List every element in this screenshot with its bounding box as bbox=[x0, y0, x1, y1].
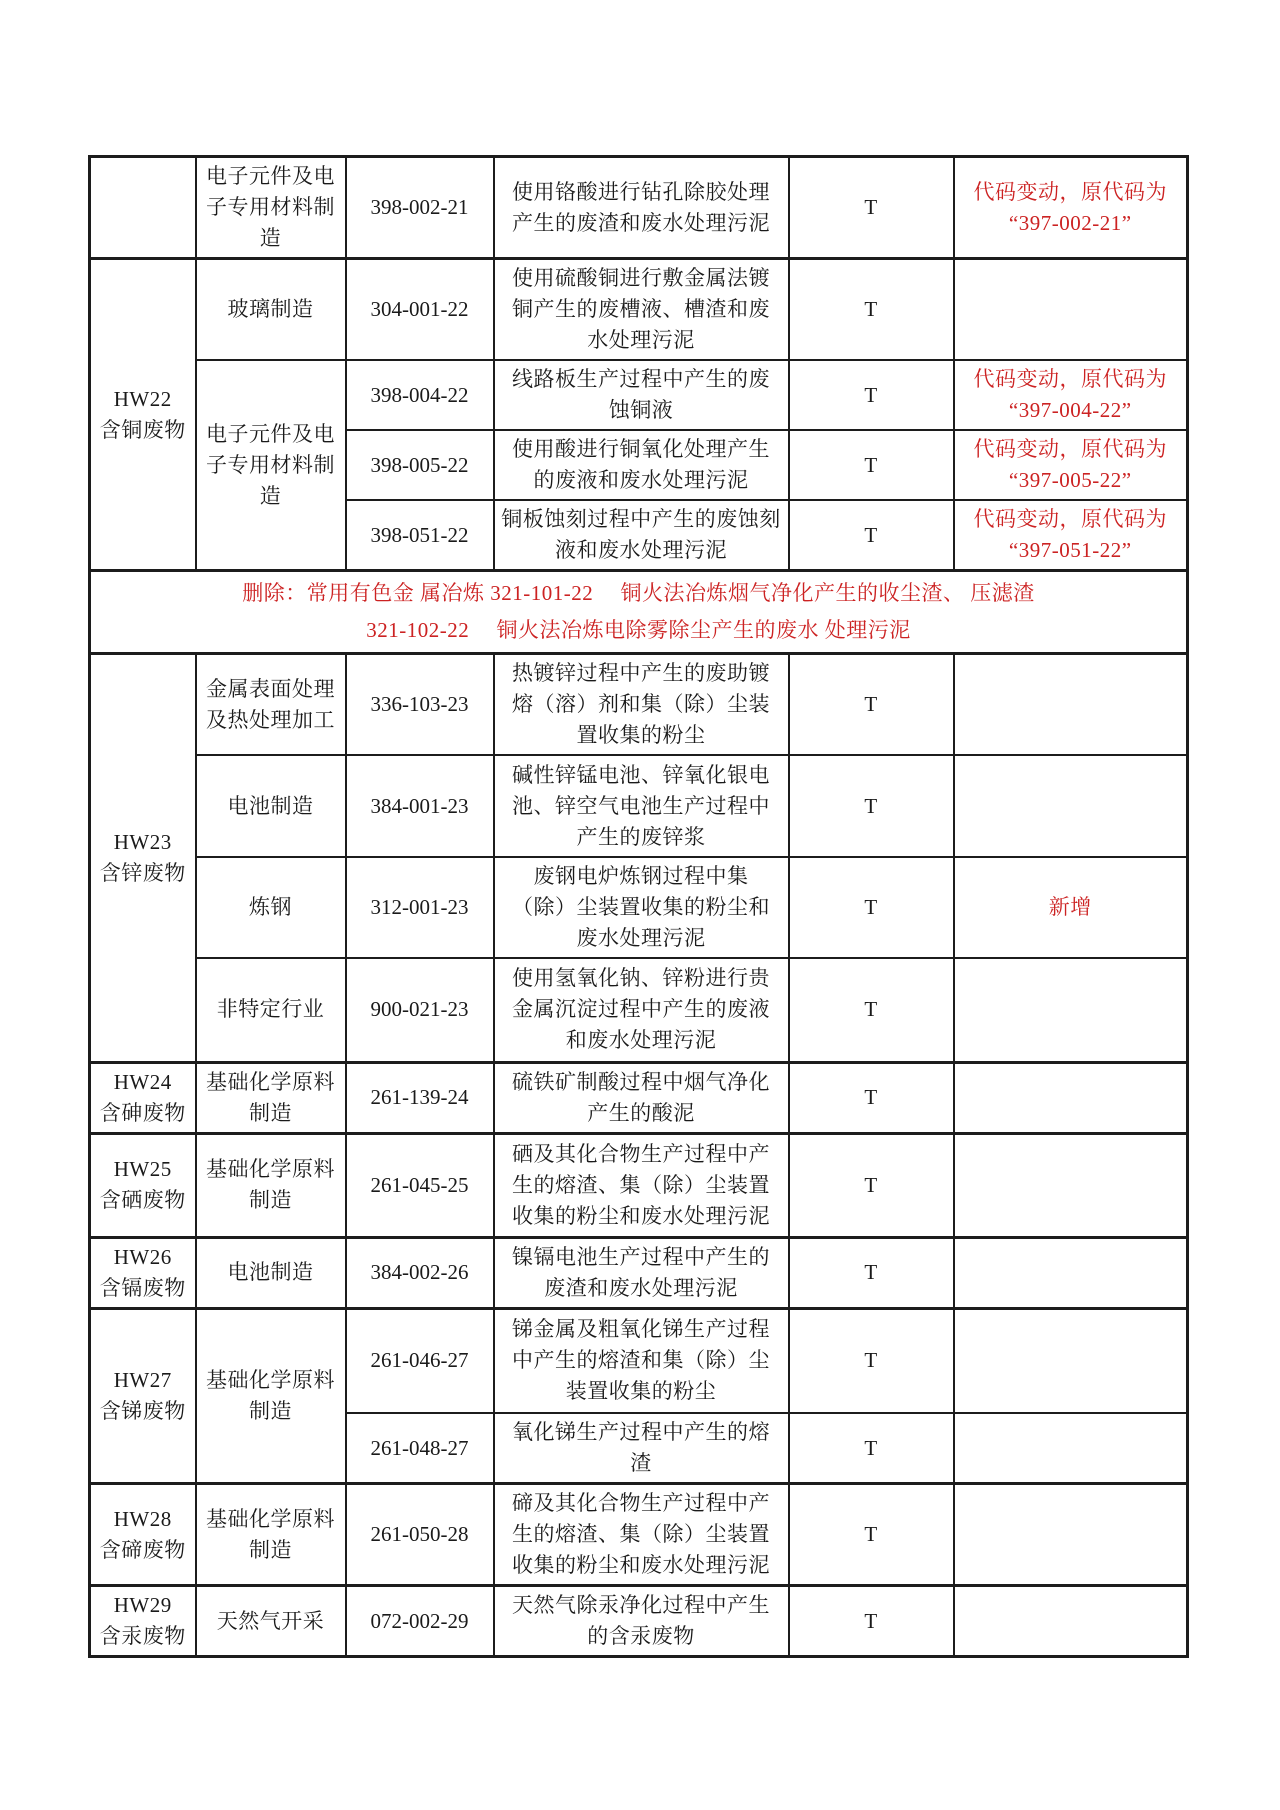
remark-text: 代码变动，原代码为 “397-051-22” bbox=[974, 507, 1168, 562]
remark-cell: 代码变动，原代码为 “397-005-22” bbox=[954, 430, 1188, 500]
hazard-cell: T bbox=[789, 360, 954, 430]
description-text: 线路板生产过程中产生的废 蚀铜液 bbox=[512, 367, 770, 422]
industry-cell: 电子元件及电 子专用材料制 造 bbox=[196, 360, 346, 571]
remark-cell bbox=[954, 259, 1188, 361]
hazard-cell: T bbox=[789, 1133, 954, 1237]
description-cell: 使用氢氧化钠、锌粉进行贵 金属沉淀过程中产生的废液 和废水处理污泥 bbox=[494, 958, 789, 1062]
table-row: HW28 含碲废物 基础化学原料 制造 261-050-28 碲及其化合物生产过… bbox=[90, 1484, 1188, 1586]
description-text: 热镀锌过程中产生的废助镀 熔（溶）剂和集（除）尘装 置收集的粉尘 bbox=[512, 661, 770, 747]
remark-cell bbox=[954, 1237, 1188, 1308]
table-row: 电子元件及电 子专用材料制 造 398-002-21 使用铬酸进行钻孔除胶处理 … bbox=[90, 157, 1188, 259]
waste-code-cell: 398-004-22 bbox=[346, 360, 494, 430]
industry-cell: 基础化学原料 制造 bbox=[196, 1062, 346, 1133]
hazard-cell: T bbox=[789, 259, 954, 361]
description-cell: 氧化锑生产过程中产生的熔 渣 bbox=[494, 1413, 789, 1484]
hazard-cell: T bbox=[789, 157, 954, 259]
industry-label: 非特定行业 bbox=[217, 997, 325, 1021]
industry-label: 基础化学原料 制造 bbox=[206, 1507, 335, 1562]
waste-code-cell: 304-001-22 bbox=[346, 259, 494, 361]
hazard-cell: T bbox=[789, 755, 954, 857]
industry-cell: 电池制造 bbox=[196, 1237, 346, 1308]
category-cell: HW28 含碲废物 bbox=[90, 1484, 196, 1586]
industry-cell: 基础化学原料 制造 bbox=[196, 1308, 346, 1484]
description-cell: 碲及其化合物生产过程中产 生的熔渣、集（除）尘装置 收集的粉尘和废水处理污泥 bbox=[494, 1484, 789, 1586]
table-row: 非特定行业 900-021-23 使用氢氧化钠、锌粉进行贵 金属沉淀过程中产生的… bbox=[90, 958, 1188, 1062]
waste-code-cell: 261-045-25 bbox=[346, 1133, 494, 1237]
industry-cell: 基础化学原料 制造 bbox=[196, 1484, 346, 1586]
industry-label: 天然气开采 bbox=[217, 1609, 325, 1633]
category-label: HW26 含镉废物 bbox=[100, 1245, 186, 1300]
description-text: 锑金属及粗氧化锑生产过程 中产生的熔渣和集（除）尘 装置收集的粉尘 bbox=[512, 1317, 770, 1403]
category-label: HW25 含硒废物 bbox=[100, 1157, 186, 1212]
hazard-cell: T bbox=[789, 500, 954, 571]
remark-cell bbox=[954, 1062, 1188, 1133]
description-text: 废钢电炉炼钢过程中集 （除）尘装置收集的粉尘和 废水处理污泥 bbox=[512, 864, 770, 950]
industry-cell: 天然气开采 bbox=[196, 1586, 346, 1657]
industry-label: 电池制造 bbox=[228, 794, 314, 818]
industry-cell: 玻璃制造 bbox=[196, 259, 346, 361]
remark-cell: 新增 bbox=[954, 857, 1188, 958]
document-page: 电子元件及电 子专用材料制 造 398-002-21 使用铬酸进行钻孔除胶处理 … bbox=[0, 0, 1280, 1810]
industry-cell: 炼钢 bbox=[196, 857, 346, 958]
waste-code-cell: 261-046-27 bbox=[346, 1308, 494, 1413]
waste-code-cell: 261-048-27 bbox=[346, 1413, 494, 1484]
description-text: 使用酸进行铜氧化处理产生 的废液和废水处理污泥 bbox=[512, 437, 770, 492]
waste-code-cell: 384-001-23 bbox=[346, 755, 494, 857]
remark-cell bbox=[954, 958, 1188, 1062]
hazard-cell: T bbox=[789, 1062, 954, 1133]
remark-cell bbox=[954, 755, 1188, 857]
description-text: 硒及其化合物生产过程中产 生的熔渣、集（除）尘装置 收集的粉尘和废水处理污泥 bbox=[512, 1142, 770, 1228]
deletion-note-text: 删除：常用有色金 属冶炼 321-101-22 铜火法冶炼烟气净化产生的收尘渣、… bbox=[242, 581, 1034, 642]
hazard-cell: T bbox=[789, 857, 954, 958]
table-row: HW26 含镉废物 电池制造 384-002-26 镍镉电池生产过程中产生的 废… bbox=[90, 1237, 1188, 1308]
description-text: 使用氢氧化钠、锌粉进行贵 金属沉淀过程中产生的废液 和废水处理污泥 bbox=[512, 966, 770, 1052]
remark-cell: 代码变动，原代码为 “397-004-22” bbox=[954, 360, 1188, 430]
description-cell: 碱性锌锰电池、锌氧化银电 池、锌空气电池生产过程中 产生的废锌浆 bbox=[494, 755, 789, 857]
industry-cell: 电子元件及电 子专用材料制 造 bbox=[196, 157, 346, 259]
remark-text: 新增 bbox=[1049, 895, 1092, 919]
industry-label: 电子元件及电 子专用材料制 造 bbox=[206, 422, 335, 508]
category-cell: HW29 含汞废物 bbox=[90, 1586, 196, 1657]
industry-label: 基础化学原料 制造 bbox=[206, 1157, 335, 1212]
waste-code-cell: 261-050-28 bbox=[346, 1484, 494, 1586]
category-cell: HW24 含砷废物 bbox=[90, 1062, 196, 1133]
category-cell: HW22 含铜废物 bbox=[90, 259, 196, 571]
table-row: HW22 含铜废物 玻璃制造 304-001-22 使用硫酸铜进行敷金属法镀 铜… bbox=[90, 259, 1188, 361]
waste-code-cell: 312-001-23 bbox=[346, 857, 494, 958]
waste-code-cell: 398-002-21 bbox=[346, 157, 494, 259]
waste-code-cell: 072-002-29 bbox=[346, 1586, 494, 1657]
waste-code-cell: 398-005-22 bbox=[346, 430, 494, 500]
table-row: HW27 含锑废物 基础化学原料 制造 261-046-27 锑金属及粗氧化锑生… bbox=[90, 1308, 1188, 1413]
remark-text: 代码变动，原代码为 “397-004-22” bbox=[974, 367, 1168, 422]
waste-code-cell: 900-021-23 bbox=[346, 958, 494, 1062]
table-row: HW24 含砷废物 基础化学原料 制造 261-139-24 硫铁矿制酸过程中烟… bbox=[90, 1062, 1188, 1133]
category-cell: HW27 含锑废物 bbox=[90, 1308, 196, 1484]
category-label: HW27 含锑废物 bbox=[100, 1368, 186, 1423]
remark-cell bbox=[954, 1484, 1188, 1586]
description-text: 硫铁矿制酸过程中烟气净化 产生的酸泥 bbox=[512, 1070, 770, 1125]
remark-cell bbox=[954, 1413, 1188, 1484]
hazard-cell: T bbox=[789, 1308, 954, 1413]
description-cell: 热镀锌过程中产生的废助镀 熔（溶）剂和集（除）尘装 置收集的粉尘 bbox=[494, 654, 789, 756]
hazard-cell: T bbox=[789, 1413, 954, 1484]
description-cell: 镍镉电池生产过程中产生的 废渣和废水处理污泥 bbox=[494, 1237, 789, 1308]
description-cell: 使用铬酸进行钻孔除胶处理 产生的废渣和废水处理污泥 bbox=[494, 157, 789, 259]
category-cell: HW26 含镉废物 bbox=[90, 1237, 196, 1308]
description-cell: 硫铁矿制酸过程中烟气净化 产生的酸泥 bbox=[494, 1062, 789, 1133]
category-label: HW22 含铜废物 bbox=[100, 387, 186, 442]
description-cell: 使用硫酸铜进行敷金属法镀 铜产生的废槽液、槽渣和废 水处理污泥 bbox=[494, 259, 789, 361]
hazard-cell: T bbox=[789, 654, 954, 756]
hazard-cell: T bbox=[789, 1484, 954, 1586]
table-row: HW29 含汞废物 天然气开采 072-002-29 天然气除汞净化过程中产生 … bbox=[90, 1586, 1188, 1657]
hazard-cell: T bbox=[789, 1586, 954, 1657]
category-cell: HW23 含锌废物 bbox=[90, 654, 196, 1063]
description-text: 铜板蚀刻过程中产生的废蚀刻 液和废水处理污泥 bbox=[501, 507, 781, 562]
table-row: 电池制造 384-001-23 碱性锌锰电池、锌氧化银电 池、锌空气电池生产过程… bbox=[90, 755, 1188, 857]
table-row: 电子元件及电 子专用材料制 造 398-004-22 线路板生产过程中产生的废 … bbox=[90, 360, 1188, 430]
remark-cell: 代码变动，原代码为 “397-002-21” bbox=[954, 157, 1188, 259]
hazard-cell: T bbox=[789, 958, 954, 1062]
category-label: HW29 含汞废物 bbox=[100, 1593, 186, 1648]
remark-text: 代码变动，原代码为 “397-005-22” bbox=[974, 437, 1168, 492]
industry-cell: 电池制造 bbox=[196, 755, 346, 857]
waste-code-cell: 398-051-22 bbox=[346, 500, 494, 571]
description-cell: 锑金属及粗氧化锑生产过程 中产生的熔渣和集（除）尘 装置收集的粉尘 bbox=[494, 1308, 789, 1413]
category-cell-empty bbox=[90, 157, 196, 259]
industry-cell: 基础化学原料 制造 bbox=[196, 1133, 346, 1237]
description-text: 碱性锌锰电池、锌氧化银电 池、锌空气电池生产过程中 产生的废锌浆 bbox=[512, 763, 770, 849]
remark-cell: 代码变动，原代码为 “397-051-22” bbox=[954, 500, 1188, 571]
industry-cell: 金属表面处理 及热处理加工 bbox=[196, 654, 346, 756]
hazard-cell: T bbox=[789, 430, 954, 500]
waste-code-cell: 384-002-26 bbox=[346, 1237, 494, 1308]
industry-label: 基础化学原料 制造 bbox=[206, 1368, 335, 1423]
industry-label: 电池制造 bbox=[228, 1260, 314, 1284]
description-text: 天然气除汞净化过程中产生 的含汞废物 bbox=[512, 1593, 770, 1648]
category-cell: HW25 含硒废物 bbox=[90, 1133, 196, 1237]
remark-text: 代码变动，原代码为 “397-002-21” bbox=[974, 180, 1168, 235]
deletion-note-cell: 删除：常用有色金 属冶炼 321-101-22 铜火法冶炼烟气净化产生的收尘渣、… bbox=[90, 571, 1188, 654]
industry-label: 金属表面处理 及热处理加工 bbox=[206, 677, 335, 732]
waste-code-cell: 261-139-24 bbox=[346, 1062, 494, 1133]
industry-label: 玻璃制造 bbox=[228, 297, 314, 321]
deletion-row: 删除：常用有色金 属冶炼 321-101-22 铜火法冶炼烟气净化产生的收尘渣、… bbox=[90, 571, 1188, 654]
remark-cell bbox=[954, 1133, 1188, 1237]
category-label: HW24 含砷废物 bbox=[100, 1070, 186, 1125]
hazardous-waste-table: 电子元件及电 子专用材料制 造 398-002-21 使用铬酸进行钻孔除胶处理 … bbox=[88, 155, 1189, 1658]
table-row: HW25 含硒废物 基础化学原料 制造 261-045-25 硒及其化合物生产过… bbox=[90, 1133, 1188, 1237]
description-text: 使用硫酸铜进行敷金属法镀 铜产生的废槽液、槽渣和废 水处理污泥 bbox=[512, 266, 770, 352]
remark-cell bbox=[954, 654, 1188, 756]
industry-cell: 非特定行业 bbox=[196, 958, 346, 1062]
industry-label: 电子元件及电 子专用材料制 造 bbox=[206, 164, 335, 250]
description-text: 使用铬酸进行钻孔除胶处理 产生的废渣和废水处理污泥 bbox=[512, 180, 770, 235]
remark-cell bbox=[954, 1586, 1188, 1657]
hazard-cell: T bbox=[789, 1237, 954, 1308]
industry-label: 基础化学原料 制造 bbox=[206, 1070, 335, 1125]
description-text: 镍镉电池生产过程中产生的 废渣和废水处理污泥 bbox=[512, 1245, 770, 1300]
description-cell: 使用酸进行铜氧化处理产生 的废液和废水处理污泥 bbox=[494, 430, 789, 500]
description-cell: 天然气除汞净化过程中产生 的含汞废物 bbox=[494, 1586, 789, 1657]
table-row: HW23 含锌废物 金属表面处理 及热处理加工 336-103-23 热镀锌过程… bbox=[90, 654, 1188, 756]
description-text: 碲及其化合物生产过程中产 生的熔渣、集（除）尘装置 收集的粉尘和废水处理污泥 bbox=[512, 1491, 770, 1577]
description-cell: 铜板蚀刻过程中产生的废蚀刻 液和废水处理污泥 bbox=[494, 500, 789, 571]
description-text: 氧化锑生产过程中产生的熔 渣 bbox=[512, 1420, 770, 1475]
waste-code-cell: 336-103-23 bbox=[346, 654, 494, 756]
remark-cell bbox=[954, 1308, 1188, 1413]
category-label: HW23 含锌废物 bbox=[100, 830, 186, 885]
description-cell: 线路板生产过程中产生的废 蚀铜液 bbox=[494, 360, 789, 430]
description-cell: 硒及其化合物生产过程中产 生的熔渣、集（除）尘装置 收集的粉尘和废水处理污泥 bbox=[494, 1133, 789, 1237]
category-label: HW28 含碲废物 bbox=[100, 1507, 186, 1562]
table-row: 炼钢 312-001-23 废钢电炉炼钢过程中集 （除）尘装置收集的粉尘和 废水… bbox=[90, 857, 1188, 958]
description-cell: 废钢电炉炼钢过程中集 （除）尘装置收集的粉尘和 废水处理污泥 bbox=[494, 857, 789, 958]
industry-label: 炼钢 bbox=[249, 895, 292, 919]
